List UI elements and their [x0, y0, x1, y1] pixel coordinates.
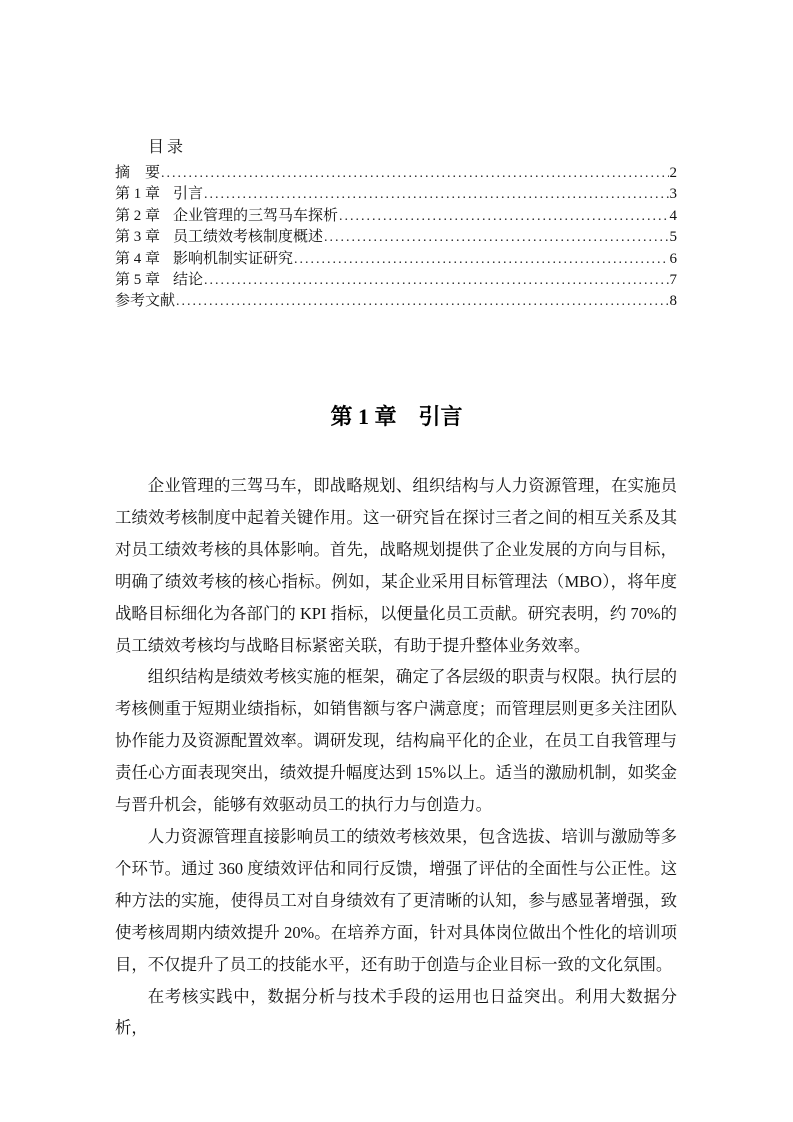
toc-entry[interactable]: 第 4 章 影响机制实证研究 6 [115, 249, 677, 270]
toc-entry-label: 第 1 章 [115, 184, 160, 205]
toc-entry[interactable]: 第 3 章 员工绩效考核制度概述 5 [115, 227, 677, 248]
body-paragraph: 在考核实践中，数据分析与技术手段的运用也日益突出。利用大数据分析， [115, 981, 677, 1045]
document-page: 目录 摘 要 2 第 1 章 引言 3 第 2 章 企业管理的三驾马车探析 4 … [0, 0, 793, 1122]
toc-heading: 目录 [148, 137, 677, 159]
toc-entry[interactable]: 第 2 章 企业管理的三驾马车探析 4 [115, 206, 677, 227]
toc-entry-title: 企业管理的三驾马车探析 [173, 206, 338, 227]
toc-page-number: 2 [670, 163, 678, 184]
toc-entry-label: 第 4 章 [115, 249, 160, 270]
toc-entry-title: 影响机制实证研究 [173, 249, 293, 270]
toc-entry-title: 结论 [173, 270, 203, 291]
toc-page-number: 6 [670, 249, 678, 270]
toc-page-number: 4 [670, 206, 678, 227]
table-of-contents: 目录 摘 要 2 第 1 章 引言 3 第 2 章 企业管理的三驾马车探析 4 … [115, 137, 677, 313]
toc-entry-label: 参考文献 [115, 291, 175, 312]
toc-dot-leader [324, 227, 668, 248]
toc-entry-label: 第 2 章 [115, 206, 160, 227]
toc-dot-leader [339, 206, 668, 227]
toc-dot-leader [204, 270, 668, 291]
body-paragraph: 企业管理的三驾马车，即战略规划、组织结构与人力资源管理，在实施员工绩效考核制度中… [115, 470, 677, 661]
toc-entry-label: 第 3 章 [115, 227, 160, 248]
toc-entry[interactable]: 第 5 章 结论 7 [115, 270, 677, 291]
toc-page-number: 5 [670, 227, 678, 248]
toc-entry[interactable]: 参考文献 8 [115, 291, 677, 312]
toc-entry-title: 员工绩效考核制度概述 [173, 227, 323, 248]
body-paragraph: 人力资源管理直接影响员工的绩效考核效果，包含选拔、培训与激励等多个环节。通过 3… [115, 821, 677, 981]
toc-page-number: 7 [670, 270, 678, 291]
toc-dot-leader [294, 249, 668, 270]
toc-dot-leader [204, 184, 668, 205]
toc-entry[interactable]: 第 1 章 引言 3 [115, 184, 677, 205]
toc-entry[interactable]: 摘 要 2 [115, 163, 677, 184]
toc-dot-leader [176, 291, 668, 312]
toc-entry-label: 第 5 章 [115, 270, 160, 291]
toc-entry-label: 摘 要 [115, 163, 160, 184]
chapter-body: 企业管理的三驾马车，即战略规划、组织结构与人力资源管理，在实施员工绩效考核制度中… [115, 470, 677, 1044]
toc-page-number: 3 [670, 184, 678, 205]
chapter-heading: 第 1 章 引言 [0, 402, 793, 432]
toc-entry-title: 引言 [173, 184, 203, 205]
toc-dot-leader [161, 163, 668, 184]
toc-page-number: 8 [670, 291, 678, 312]
body-paragraph: 组织结构是绩效考核实施的框架，确定了各层级的职责与权限。执行层的考核侧重于短期业… [115, 661, 677, 821]
